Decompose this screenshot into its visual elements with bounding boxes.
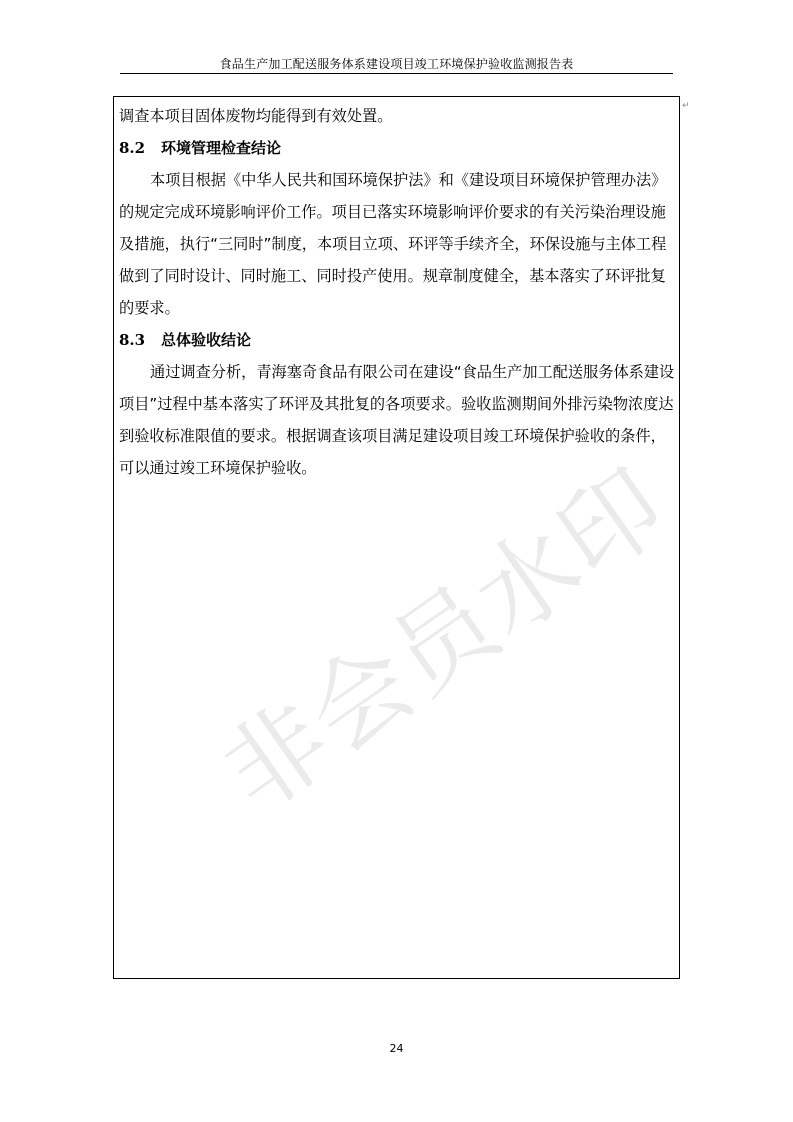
section-8-2-paragraph: 本项目根据《中华人民共和国环境保护法》和《建设项目环境保护管理办法》的规定完成环… bbox=[119, 164, 679, 324]
page-number: 24 bbox=[0, 1042, 793, 1055]
section-8-3-paragraph: 通过调查分析，青海塞奇食品有限公司在建设“食品生产加工配送服务体系建设项目”过程… bbox=[119, 356, 679, 484]
document-body: 调查本项目固体废物均能得到有效处置。 8.2环境管理检查结论 本项目根据《中华人… bbox=[119, 100, 679, 484]
running-header: 食品生产加工配送服务体系建设项目竣工环境保护验收监测报告表 bbox=[120, 57, 673, 72]
header-rule bbox=[120, 73, 673, 74]
paragraph-mark-icon: ↵ bbox=[682, 101, 690, 111]
section-title: 总体验收结论 bbox=[161, 331, 251, 349]
section-title: 环境管理检查结论 bbox=[161, 139, 281, 157]
section-heading-8-3: 8.3总体验收结论 bbox=[119, 324, 679, 356]
continuation-paragraph: 调查本项目固体废物均能得到有效处置。 bbox=[119, 100, 679, 132]
section-number: 8.3 bbox=[119, 324, 161, 356]
section-heading-8-2: 8.2环境管理检查结论 bbox=[119, 132, 679, 164]
section-number: 8.2 bbox=[119, 132, 161, 164]
